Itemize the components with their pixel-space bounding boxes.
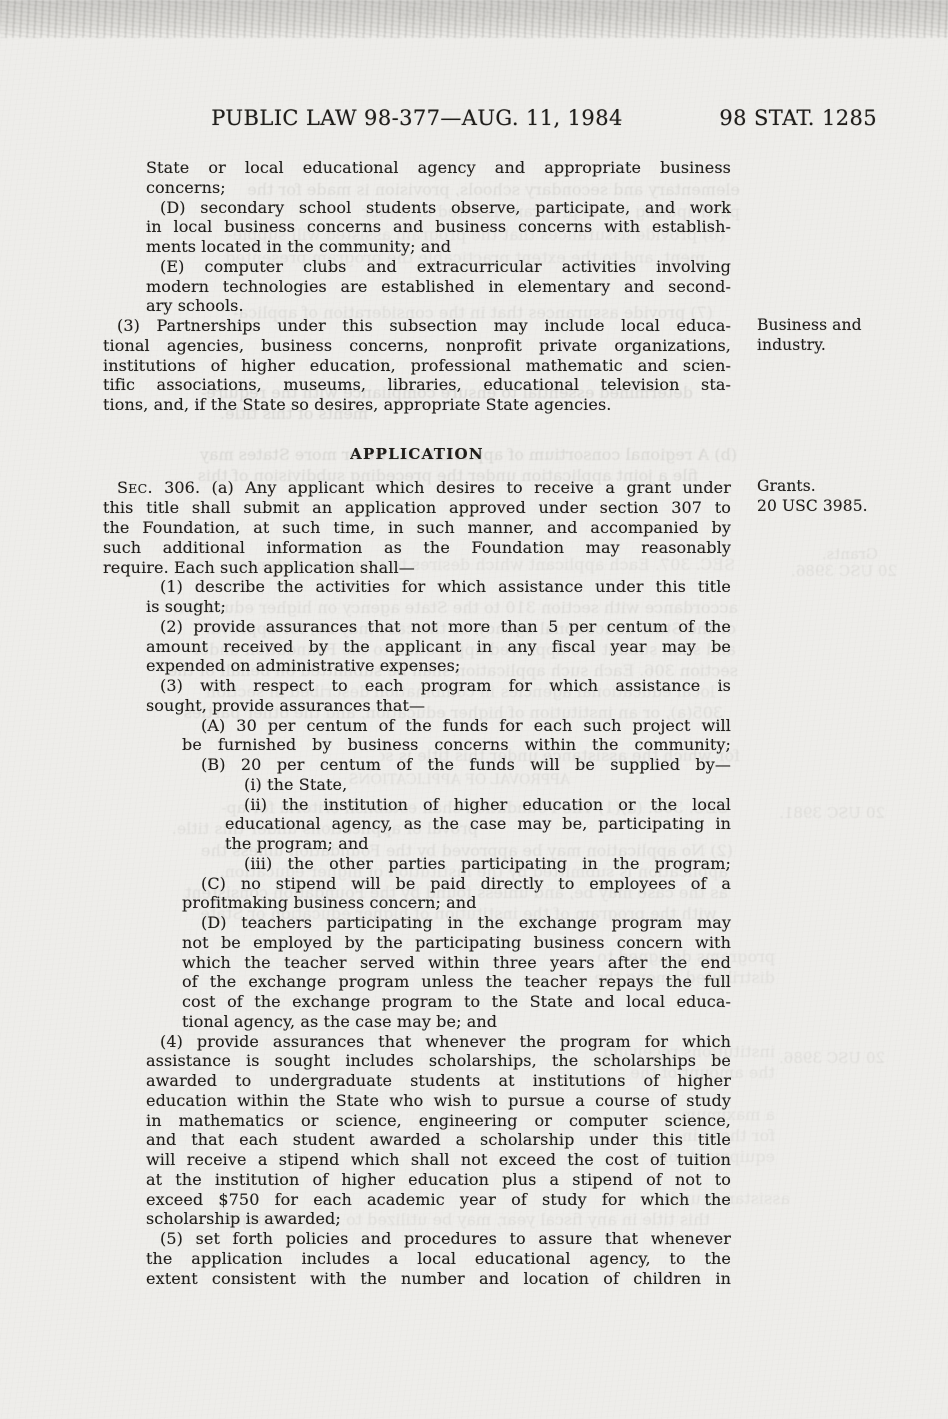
text-line: in mathematics or science, engineering o…	[146, 1111, 731, 1131]
running-head-title: PUBLIC LAW 98-377—AUG. 11, 1984	[103, 106, 731, 130]
text-line: (C) no stipend will be paid directly to …	[182, 874, 731, 894]
text-line: (3) Partnerships under this subsection m…	[103, 316, 731, 336]
text-line: concerns;	[146, 178, 731, 198]
text-line: tional agency, as the case may be; and	[182, 1012, 731, 1032]
text-line: cost of the exchange program to the Stat…	[182, 992, 731, 1012]
text-line: which the teacher served within three ye…	[182, 953, 731, 973]
statute-paragraph: (D) secondary school students observe, p…	[146, 198, 731, 257]
text-line: at the institution of higher education p…	[146, 1170, 731, 1190]
text-line: scholarship is awarded;	[146, 1209, 731, 1229]
small-caps: EC	[128, 481, 147, 496]
text-line: such additional information as the Found…	[103, 538, 731, 558]
text-line: ments located in the community; and	[146, 237, 731, 257]
margin-note-grants-usc: Grants. 20 USC 3985.	[757, 477, 932, 516]
scan-noise-band	[0, 0, 948, 38]
text-line: not be employed by the participating bus…	[182, 933, 731, 953]
text-line: extent consistent with the number and lo…	[146, 1269, 731, 1289]
text-line: tific associations, museums, libraries, …	[103, 375, 731, 395]
statute-paragraph: (4) provide assurances that whenever the…	[146, 1032, 731, 1230]
text-line: tions, and, if the State so desires, app…	[103, 395, 731, 415]
statute-paragraph: (2) provide assurances that not more tha…	[146, 617, 731, 676]
text-line: this title shall submit an application a…	[103, 498, 731, 518]
text-line: (D) teachers participating in the exchan…	[182, 913, 731, 933]
text-line: SEC. 306. (a) Any applicant which desire…	[103, 478, 731, 499]
scanned-statute-page: PUBLIC LAW 98-377—AUG. 11, 1984elementar…	[0, 0, 948, 1419]
bleedthrough-text: 20 USC 3981.	[780, 805, 885, 822]
text-line: (3) with respect to each program for whi…	[146, 676, 731, 696]
margin-note-business-industry: Business and industry.	[757, 316, 932, 355]
text-line: require. Each such application shall—	[103, 558, 731, 578]
text-line: State or local educational agency and ap…	[146, 158, 731, 178]
statute-paragraph: (iii) the other parties participating in…	[225, 854, 731, 874]
text-line: education within the State who wish to p…	[146, 1091, 731, 1111]
text-line: of the exchange program unless the teach…	[182, 972, 731, 992]
statute-paragraph: (3) with respect to each program for whi…	[146, 676, 731, 716]
statute-paragraph: (A) 30 per centum of the funds for each …	[182, 716, 731, 756]
statute-paragraph: (3) Partnerships under this subsection m…	[103, 316, 731, 415]
text-line: in local business concerns and business …	[146, 217, 731, 237]
text-line: the application includes a local educati…	[146, 1249, 731, 1269]
margin-note-line: industry.	[757, 336, 932, 356]
margin-note-line: Business and	[757, 316, 932, 336]
statute-paragraph: (i) the State,	[225, 775, 731, 795]
bleedthrough-text: 20 USC 3986.	[792, 563, 897, 580]
text-line: awarded to undergraduate students at ins…	[146, 1071, 731, 1091]
text-line: the program; and	[225, 834, 731, 854]
statute-paragraph: State or local educational agency and ap…	[146, 158, 731, 198]
text-line: (E) computer clubs and extracurricular a…	[146, 257, 731, 277]
text-line: amount received by the applicant in any …	[146, 637, 731, 657]
margin-note-line: Grants.	[757, 477, 932, 497]
text-line: tional agencies, business concerns, nonp…	[103, 336, 731, 356]
text-line: (iii) the other parties participating in…	[225, 854, 731, 874]
text-line: (4) provide assurances that whenever the…	[146, 1032, 731, 1052]
text-line: be furnished by business concerns within…	[182, 735, 731, 755]
statute-paragraph: (E) computer clubs and extracurricular a…	[146, 257, 731, 316]
bleedthrough-text: 20 USC 3986.	[780, 1050, 885, 1067]
text-line: exceed $750 for each academic year of st…	[146, 1190, 731, 1210]
text-line: institutions of higher education, profes…	[103, 356, 731, 376]
text-line: (2) provide assurances that not more tha…	[146, 617, 731, 637]
text-line: ary schools.	[146, 296, 731, 316]
text-line: is sought;	[146, 597, 731, 617]
statute-paragraph: (B) 20 per centum of the funds will be s…	[182, 755, 731, 775]
text-line: profitmaking business concern; and	[182, 893, 731, 913]
text-line: (D) secondary school students observe, p…	[146, 198, 731, 218]
text-line: expended on administrative expenses;	[146, 656, 731, 676]
text-line: modern technologies are established in e…	[146, 277, 731, 297]
text-line: (A) 30 per centum of the funds for each …	[182, 716, 731, 736]
text-line: (ii) the institution of higher education…	[225, 795, 731, 815]
bleedthrough-text: Grants.	[808, 546, 878, 563]
section-heading: APPLICATION	[103, 445, 731, 465]
statute-paragraph: SEC. 306. (a) Any applicant which desire…	[103, 478, 731, 578]
statute-text-column: State or local educational agency and ap…	[103, 158, 731, 1288]
statute-paragraph: (5) set forth policies and procedures to…	[146, 1229, 731, 1288]
text-line: the Foundation, at such time, in such ma…	[103, 518, 731, 538]
statute-paragraph: (1) describe the activities for which as…	[146, 577, 731, 617]
text-line: (5) set forth policies and procedures to…	[146, 1229, 731, 1249]
text-line: educational agency, as the case may be, …	[225, 814, 731, 834]
text-line: and that each student awarded a scholars…	[146, 1130, 731, 1150]
text-line: (1) describe the activities for which as…	[146, 577, 731, 597]
text-line: will receive a stipend which shall not e…	[146, 1150, 731, 1170]
text-line: assistance is sought includes scholarshi…	[146, 1051, 731, 1071]
text-line: sought, provide assurances that—	[146, 696, 731, 716]
text-line: (B) 20 per centum of the funds will be s…	[182, 755, 731, 775]
margin-note-line: 20 USC 3985.	[757, 497, 932, 517]
statute-paragraph: (ii) the institution of higher education…	[225, 795, 731, 854]
stat-page-number: 98 STAT. 1285	[719, 106, 877, 130]
statute-paragraph: (C) no stipend will be paid directly to …	[182, 874, 731, 914]
text-line: (i) the State,	[225, 775, 731, 795]
statute-paragraph: (D) teachers participating in the exchan…	[182, 913, 731, 1032]
